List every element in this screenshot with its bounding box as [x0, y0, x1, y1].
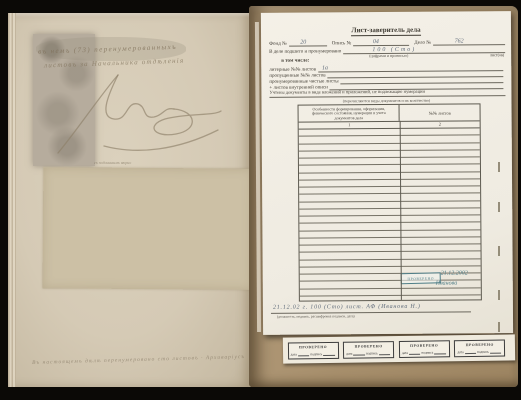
stitch-mark [498, 202, 500, 212]
docs-note: Учтены документы в виде вложений и прило… [269, 88, 505, 95]
page-edges [8, 13, 16, 387]
form-title: Лист-заверитель дела [261, 25, 511, 35]
stamp-box-fields: датаподпись [344, 351, 393, 356]
including-label: в том числе: [281, 59, 309, 64]
stamp-date-line [298, 352, 310, 356]
archival-scan: въ немъ (73) перенумерованныхъ листовъ з… [0, 0, 521, 400]
table-header: Особенности формирования, оформления, фи… [299, 104, 480, 122]
stamp-box-title: ПРОВЕРЕНО [455, 342, 504, 347]
stamp-date-label: дата [346, 351, 352, 355]
table-row [300, 295, 481, 304]
sewn-caption: (цифрами и прописью) [369, 53, 408, 58]
stamp-date-label: дата [402, 350, 408, 354]
fond-value: 20 [300, 40, 306, 46]
sheets-count-field: 100 (Сто) [343, 46, 505, 54]
opis-value: 04 [373, 39, 379, 45]
stitch-mark [498, 322, 500, 332]
certifier-handwritten-note: 21.12.02 г. 100 (Сто) лист. АФ (Иванова … [273, 304, 421, 311]
stamp-sign-label: подпись [477, 349, 489, 353]
stamp-box: ПРОВЕРЕНОдатаподпись [343, 341, 394, 359]
stamp-sign-label: подпись [366, 351, 378, 355]
stamp-box-fields: датаподпись [400, 350, 449, 355]
stamp-box-title: ПРОВЕРЕНО [344, 344, 393, 349]
verification-form-sheet: Лист-заверитель дела Фонд № 20 Опись № 0… [261, 11, 513, 335]
stamp-box-title: ПРОВЕРЕНО [400, 343, 449, 348]
delo-value: 762 [455, 38, 464, 44]
stamp-sign-label: подпись [421, 350, 433, 354]
column-number-2: 2 [439, 122, 441, 127]
stamp-box: ПРОВЕРЕНОдатаподпись [287, 341, 338, 359]
bottom-handwritten-note: Въ настоящемъ дѣлѣ перенумеровано сто ли… [32, 354, 245, 366]
sewn-label: В деле подшито и пронумеровано [269, 49, 343, 55]
stitch-mark [498, 246, 500, 256]
stamp-date-line [353, 351, 365, 355]
stitch-mark [498, 290, 500, 300]
column-number-1: 1 [348, 122, 350, 127]
stamp-sign-line [434, 350, 446, 354]
pasted-sheet [43, 167, 252, 289]
stamp-date-line [409, 350, 421, 354]
stamp-sign-label: подпись [310, 352, 322, 356]
stamp-box: ПРОВЕРЕНОдатаподпись [399, 340, 450, 358]
table-header-col1: Особенности формирования, оформления, фи… [299, 105, 400, 122]
certifier-caption: (должность, подпись, расшифровка подписи… [277, 314, 355, 319]
signature-flourish [46, 67, 228, 159]
stamp-date-label: дата [457, 350, 463, 354]
stamp-box: ПРОВЕРЕНОдатаподпись [454, 339, 505, 357]
tiny-handwritten-note: съ подлиннымъ вѣрно [94, 160, 131, 165]
stamp-box-fields: датаподпись [289, 351, 338, 356]
stamp-date-line [465, 349, 477, 353]
stamp-sign-line [379, 351, 391, 355]
verification-stamps-strip: ПРОВЕРЕНОдатаподписьПРОВЕРЕНОдатаподпись… [283, 334, 515, 363]
table-header-col2: №№ листов [400, 104, 480, 121]
stitch-mark [498, 162, 500, 172]
stamp-sign-line [323, 351, 335, 355]
stamp-sign-line [490, 349, 502, 353]
table-body [299, 128, 481, 303]
stamp-date-label: дата [291, 352, 297, 356]
stamp-box-title: ПРОВЕРЕНО [289, 344, 338, 349]
stamp-box-fields: датаподпись [455, 349, 504, 354]
features-table: Особенности формирования, оформления, фи… [298, 103, 482, 301]
checked-stamp-date: 21.12.2002 [441, 270, 468, 276]
checked-stamp-signature: Иванова [436, 281, 457, 287]
left-page: въ немъ (73) перенумерованныхъ листовъ з… [8, 13, 251, 387]
